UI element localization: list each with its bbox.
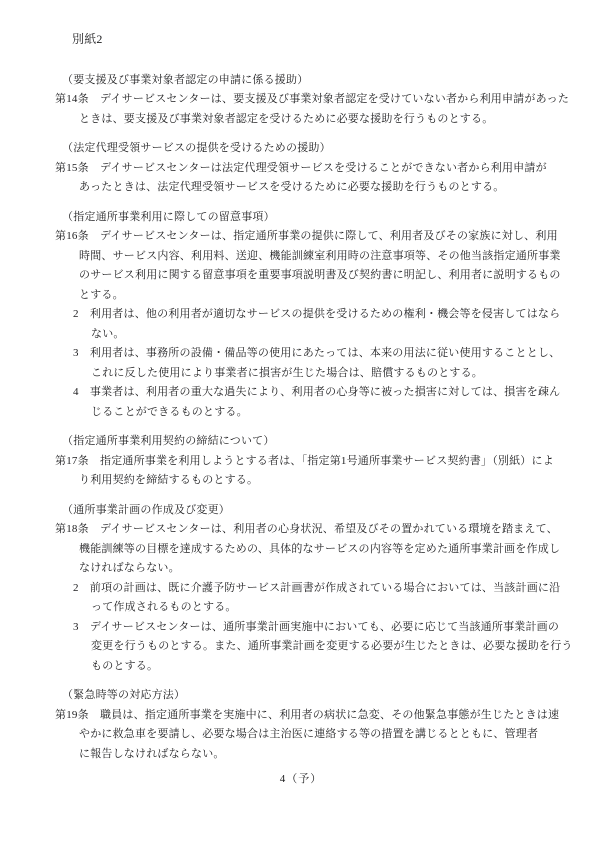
- text-line: 第17条 指定通所事業を利用しようとする者は、「指定第1号通所事業サービス契約書…: [55, 452, 547, 472]
- text-line: のサービス利用に関する留意事項を重要事項説明書及び契約書に明記し、利用者に説明す…: [79, 266, 547, 286]
- text-line: 第14条 デイサービスセンターは、要支援及び事業対象者認定を受けていない者から利…: [55, 90, 547, 110]
- page-number: 4（予）: [55, 770, 547, 790]
- text-line: 第15条 デイサービスセンターは法定代理受領サービスを受けることができない者から…: [55, 159, 547, 179]
- text-line: ものとする。: [91, 657, 547, 677]
- text-line: やかに救急車を要請し、必要な場合は主治医に連絡する等の措置を講じるとともに、管理…: [79, 725, 547, 745]
- text-line: 時間、サービス内容、利用料、送迎、機能訓練室利用時の注意事項等、その他当該指定通…: [79, 247, 547, 267]
- text-line: 第16条 デイサービスセンターは、指定通所事業の提供に際して、利用者及びその家族…: [55, 227, 547, 247]
- text-line: ときは、要支援及び事業対象者認定を受けるために必要な援助を行うものとする。: [79, 110, 547, 130]
- text-line: ない。: [91, 325, 547, 345]
- attachment-label: 別紙2: [72, 30, 547, 50]
- document-section: （通所事業計画の作成及び変更）第18条 デイサービスセンターは、利用者の心身状況…: [55, 501, 547, 677]
- text-line: って作成されるものとする。: [91, 598, 547, 618]
- text-line: 2 利用者は、他の利用者が適切なサービスの提供を受けるための権利・機会等を侵害し…: [73, 305, 547, 325]
- text-line: に報告しなければならない。: [79, 745, 547, 765]
- document-section: （要支援及び事業対象者認定の申請に係る援助）第14条 デイサービスセンターは、要…: [55, 71, 547, 130]
- text-line: 第19条 職員は、指定通所事業を実施中に、利用者の病状に急変、その他緊急事態が生…: [55, 706, 547, 726]
- text-line: 2 前項の計画は、既に介護予防サービス計画書が作成されている場合においては、当該…: [73, 579, 547, 599]
- text-line: あったときは、法定代理受領サービスを受けるために必要な援助を行うものとする。: [79, 178, 547, 198]
- document-section: （指定通所事業利用契約の締結について）第17条 指定通所事業を利用しようとする者…: [55, 432, 547, 491]
- text-line: 第18条 デイサービスセンターは、利用者の心身状況、希望及びその置かれている環境…: [55, 520, 547, 540]
- text-line: 機能訓練等の目標を達成するための、具体的なサービスの内容等を定めた通所事業計画を…: [79, 540, 547, 560]
- text-line: り利用契約を締結するものとする。: [79, 471, 547, 491]
- document-page: 別紙2 （要支援及び事業対象者認定の申請に係る援助）第14条 デイサービスセンタ…: [0, 0, 595, 842]
- section-heading: （指定通所事業利用契約の締結について）: [62, 432, 547, 452]
- section-heading: （指定通所事業利用に際しての留意事項）: [62, 208, 547, 228]
- text-line: じることができるものとする。: [91, 403, 547, 423]
- section-heading: （緊急時等の対応方法）: [62, 686, 547, 706]
- section-heading: （通所事業計画の作成及び変更）: [62, 501, 547, 521]
- text-line: とする。: [79, 286, 547, 306]
- document-body: （要支援及び事業対象者認定の申請に係る援助）第14条 デイサービスセンターは、要…: [55, 71, 547, 765]
- text-line: 変更を行うものとする。また、通所事業計画を変更する必要が生じたときは、必要な援助…: [91, 637, 547, 657]
- section-heading: （要支援及び事業対象者認定の申請に係る援助）: [62, 71, 547, 91]
- text-line: 3 利用者は、事務所の設備・備品等の使用にあたっては、本来の用法に従い使用するこ…: [73, 344, 547, 364]
- document-section: （法定代理受領サービスの提供を受けるための援助）第15条 デイサービスセンターは…: [55, 139, 547, 198]
- text-line: 4 事業者は、利用者の重大な過失により、利用者の心身等に被った損害に対しては、損…: [73, 383, 547, 403]
- text-line: 3 デイサービスセンターは、通所事業計画実施中においても、必要に応じて当該通所事…: [73, 618, 547, 638]
- document-section: （緊急時等の対応方法）第19条 職員は、指定通所事業を実施中に、利用者の病状に急…: [55, 686, 547, 764]
- text-line: なければならない。: [79, 559, 547, 579]
- text-line: これに反した使用により事業者に損害が生じた場合は、賠償するものとする。: [91, 364, 547, 384]
- section-heading: （法定代理受領サービスの提供を受けるための援助）: [62, 139, 547, 159]
- document-section: （指定通所事業利用に際しての留意事項）第16条 デイサービスセンターは、指定通所…: [55, 208, 547, 423]
- document-content: 別紙2 （要支援及び事業対象者認定の申請に係る援助）第14条 デイサービスセンタ…: [55, 30, 547, 790]
